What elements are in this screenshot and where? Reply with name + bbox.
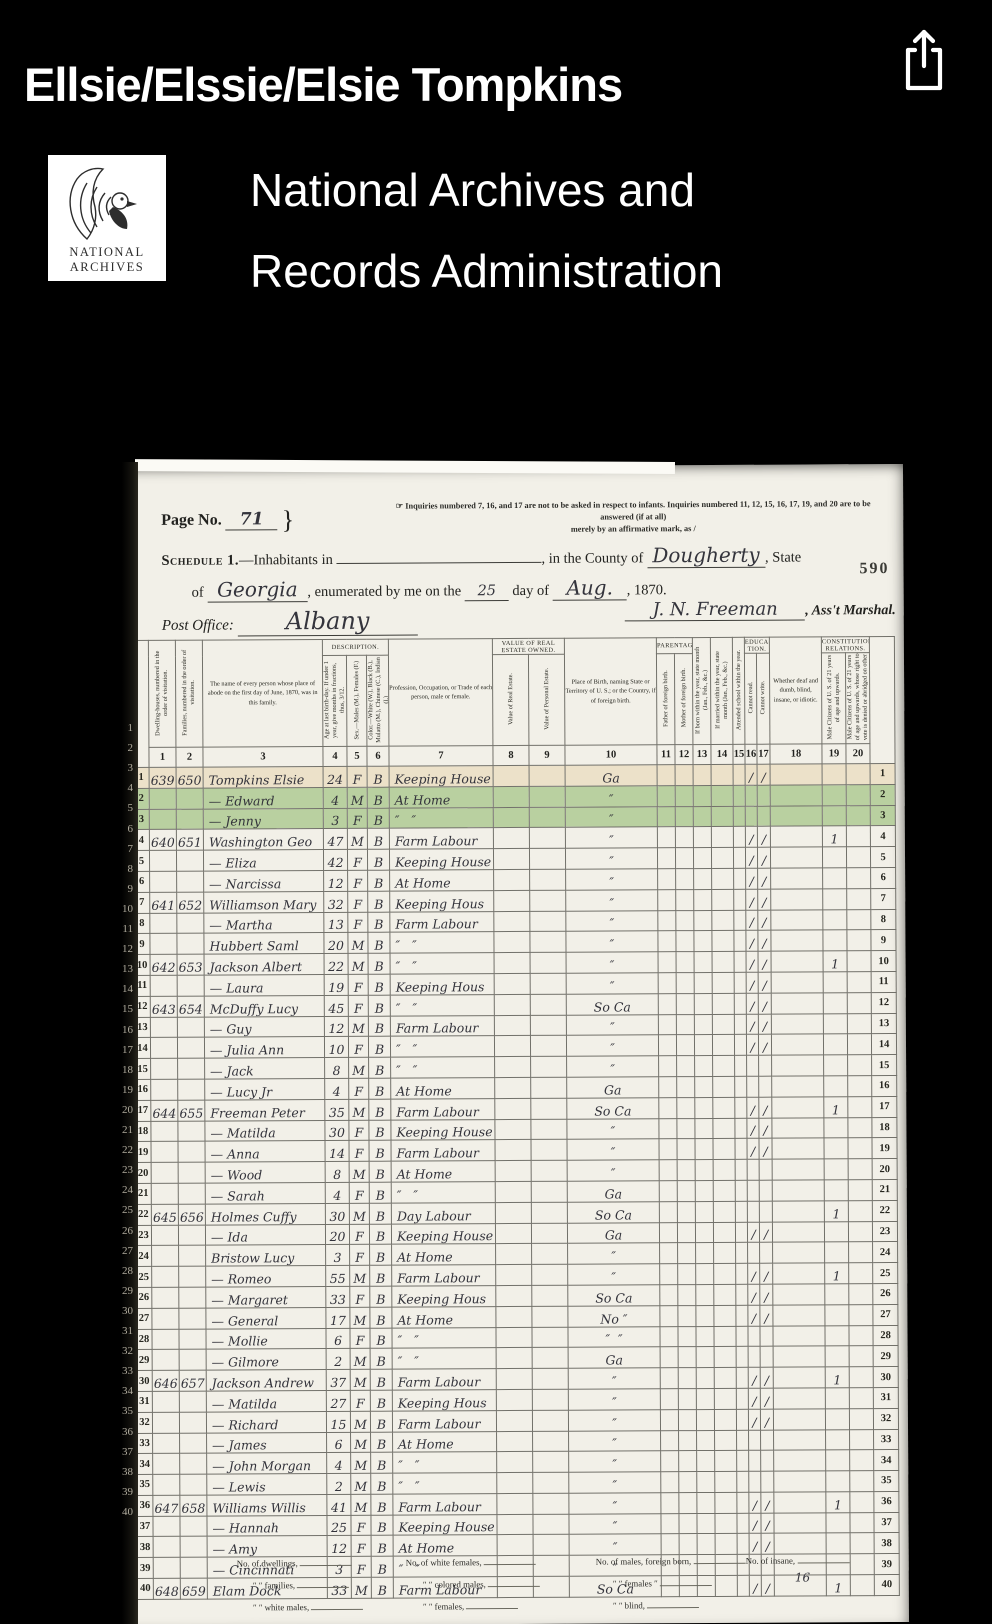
census-cell [696, 1409, 714, 1430]
census-cell: So Ca [568, 1285, 660, 1306]
row-number-right: 37 [874, 1512, 899, 1533]
page-stamp: 590 [859, 560, 889, 578]
census-cell [530, 890, 566, 911]
census-cell: F [348, 891, 368, 912]
census-cell [772, 1055, 824, 1076]
margin-row-number: 33 [122, 1365, 133, 1377]
census-cell: B [370, 1369, 392, 1390]
census-cell: 1 [824, 1097, 848, 1118]
census-cell [825, 1304, 849, 1325]
margin-row-number: 31 [122, 1325, 133, 1337]
census-cell [715, 1451, 737, 1472]
census-cell [152, 1308, 179, 1329]
census-cell: ″ [566, 931, 658, 952]
totals-label: ″ ″ white males, [253, 1601, 363, 1613]
census-cell [497, 1431, 533, 1452]
census-cell: M [350, 1265, 370, 1286]
census-cell [658, 1014, 676, 1035]
census-cell [737, 1534, 749, 1555]
census-cell: B [370, 1286, 392, 1307]
census-cell [659, 1139, 677, 1160]
margin-row-number: 9 [128, 883, 134, 895]
row-number-right: 14 [871, 1034, 896, 1055]
census-cell [712, 993, 734, 1014]
census-cell: Farm Labour [392, 1410, 496, 1431]
census-cell [734, 1035, 746, 1056]
census-cell: Farm Labour [390, 911, 494, 932]
census-cell [714, 1305, 736, 1326]
census-cell [735, 1118, 747, 1139]
census-cell: ″ [569, 1451, 661, 1472]
census-cell [748, 1326, 760, 1347]
census-cell [659, 1118, 677, 1139]
census-cell [774, 1429, 826, 1450]
row-number-right: 30 [873, 1367, 898, 1388]
census-cell: Freeman Peter [205, 1099, 325, 1120]
census-cell: ″ [569, 1493, 661, 1514]
census-cell: 4 [327, 1453, 351, 1474]
census-cell: 6 [326, 1328, 350, 1349]
census-cell [496, 1265, 532, 1286]
census-cell: M [349, 1057, 369, 1078]
state-value: Georgia [217, 577, 298, 601]
census-cell [533, 1472, 569, 1493]
census-cell [497, 1514, 533, 1535]
census-cell [176, 809, 203, 830]
census-cell: So Ca [567, 1201, 659, 1222]
census-cell [773, 1367, 825, 1388]
census-cell: ∕ [748, 1305, 760, 1326]
census-cell [849, 1242, 873, 1263]
census-cell: ″ [568, 1264, 660, 1285]
header-mother-foreign: Mother of foreign birth. [674, 654, 692, 745]
census-cell: M [349, 1203, 369, 1224]
census-cell [826, 1471, 850, 1492]
census-cell [848, 1076, 872, 1097]
census-cell [773, 1346, 825, 1367]
census-cell: 647 [153, 1495, 180, 1516]
census-cell [757, 785, 770, 806]
census-cell: 4 [323, 787, 347, 808]
census-cell [774, 1492, 826, 1513]
census-cell [713, 1139, 735, 1160]
row-number-right: 7 [871, 888, 896, 909]
census-cell [848, 1138, 872, 1159]
census-cell: ″ [569, 1472, 661, 1493]
census-cell [660, 1389, 678, 1410]
census-cell [823, 909, 847, 930]
census-cell [749, 1451, 761, 1472]
column-number: 19 [822, 744, 846, 764]
census-cell [495, 1140, 531, 1161]
census-cell [676, 952, 694, 973]
census-cell [661, 1472, 679, 1493]
census-cell: Keeping Hous [390, 890, 494, 911]
census-cell [675, 765, 693, 786]
census-cell: M [347, 829, 367, 850]
census-cell [848, 1180, 872, 1201]
row-number-right: 8 [871, 909, 896, 930]
census-cell [772, 1180, 824, 1201]
census-cell [761, 1450, 774, 1471]
census-cell [496, 1244, 532, 1265]
census-cell [848, 1055, 872, 1076]
census-cell [748, 1347, 760, 1368]
census-cell: Keeping House [393, 1514, 497, 1535]
census-cell [695, 1180, 713, 1201]
census-cell: B [371, 1432, 393, 1453]
census-cell: B [368, 891, 390, 912]
census-cell: B [370, 1348, 392, 1369]
census-cell [822, 847, 846, 868]
census-cell: F [350, 1328, 370, 1349]
census-cell: F [349, 1224, 369, 1245]
footer-handwritten-mark: 16 [795, 1570, 810, 1584]
census-cell: F [349, 1182, 369, 1203]
census-cell: ∕ [748, 1367, 760, 1388]
census-cell: 3 [326, 1245, 350, 1266]
census-cell: B [371, 1473, 393, 1494]
census-cell [771, 993, 823, 1014]
census-cell: 1 [825, 1263, 849, 1284]
row-number-right: 18 [872, 1117, 897, 1138]
margin-row-number: 1 [128, 722, 134, 734]
census-cell [846, 784, 870, 805]
census-cell [772, 1201, 824, 1222]
census-cell [850, 1492, 874, 1513]
census-cell [179, 1329, 206, 1350]
census-cell [696, 1243, 714, 1264]
census-cell: M [351, 1453, 371, 1474]
census-cell: ″ ″ [393, 1452, 497, 1473]
census-cell [494, 890, 530, 911]
census-cell [735, 1201, 747, 1222]
census-cell [850, 1471, 874, 1492]
census-cell [736, 1263, 748, 1284]
census-cell [714, 1284, 736, 1305]
census-cell: B [369, 1203, 391, 1224]
census-cell: ″ [565, 786, 657, 807]
census-cell [694, 993, 712, 1014]
row-number: 38 [137, 1537, 153, 1558]
census-cell: 8 [325, 1162, 349, 1183]
census-cell [658, 973, 676, 994]
census-cell: 1 [826, 1492, 850, 1513]
census-cell: 14 [325, 1141, 349, 1162]
census-cell: 657 [179, 1370, 206, 1391]
census-cell [531, 1056, 567, 1077]
census-cell [747, 1076, 759, 1097]
census-cell: ∕ [748, 1263, 760, 1284]
census-cell [495, 1119, 531, 1140]
row-number: 39 [137, 1558, 153, 1579]
census-cell: ″ ″ [389, 807, 493, 828]
row-number-right: 38 [874, 1533, 899, 1554]
margin-row-number: 34 [122, 1385, 133, 1397]
census-cell: — Wood [205, 1162, 325, 1183]
census-cell [735, 1055, 747, 1076]
census-cell [494, 869, 530, 890]
census-cell [151, 1225, 178, 1246]
census-cell: So Ca [566, 994, 658, 1015]
census-cell: Ga [567, 1181, 659, 1202]
row-number-right: 39 [874, 1554, 899, 1575]
census-cell: 651 [176, 830, 203, 851]
census-cell [825, 1408, 849, 1429]
column-number: 10 [565, 745, 657, 765]
row-number: 32 [136, 1412, 152, 1433]
census-cell: ∕ [746, 910, 758, 931]
census-cell [151, 1142, 178, 1163]
census-cell [735, 1097, 747, 1118]
census-cell: 41 [327, 1494, 351, 1515]
census-cell: 55 [326, 1266, 350, 1287]
census-cell [659, 1160, 677, 1181]
census-cell [824, 1180, 848, 1201]
census-cell: — Jack [205, 1058, 325, 1079]
census-cell [735, 1159, 747, 1180]
row-number-right: 23 [872, 1221, 897, 1242]
census-cell [823, 868, 847, 889]
share-button[interactable] [896, 28, 952, 94]
census-cell [693, 785, 711, 806]
census-cell [532, 1348, 568, 1369]
census-cell: ∕ [746, 931, 758, 952]
census-cell [697, 1430, 715, 1451]
census-cell [847, 972, 871, 993]
group-education: EDUCA-TION. [744, 637, 769, 653]
census-cell [760, 1326, 773, 1347]
census-cell: — Sarah [205, 1182, 325, 1203]
column-number: 5 [347, 746, 367, 766]
margin-row-number: 10 [122, 903, 133, 915]
census-cell [661, 1493, 679, 1514]
census-cell: — Romeo [206, 1266, 326, 1287]
census-cell [733, 785, 745, 806]
census-cell [825, 1388, 849, 1409]
census-cell [151, 1058, 178, 1079]
census-cell: ″ ″ [390, 1036, 494, 1057]
census-cell [748, 1243, 760, 1264]
census-cell [733, 764, 745, 785]
census-cell [693, 764, 711, 785]
census-cell [530, 932, 566, 953]
census-cell [660, 1347, 678, 1368]
census-cell: ∕ [758, 972, 771, 993]
census-cell [772, 1159, 824, 1180]
census-cell [714, 1388, 736, 1409]
census-cell [496, 1285, 532, 1306]
census-cell [712, 868, 734, 889]
margin-row-number: 24 [122, 1184, 133, 1196]
census-cell [824, 1221, 848, 1242]
census-cell [151, 1162, 178, 1183]
census-cell [180, 1433, 207, 1454]
census-cell [177, 975, 204, 996]
census-cell: F [348, 1037, 368, 1058]
census-cell: Ga [567, 1222, 659, 1243]
census-cell: 12 [324, 1016, 348, 1037]
census-cell [660, 1243, 678, 1264]
census-cell [493, 765, 529, 786]
census-cell [149, 788, 176, 809]
row-number-right: 9 [871, 930, 896, 951]
census-cell: 1 [822, 826, 846, 847]
header-married-month: If married within the year, state month … [710, 637, 733, 744]
census-cell [149, 850, 176, 871]
census-cell [713, 1180, 735, 1201]
census-cell: — Martha [204, 912, 324, 933]
census-cell [495, 1202, 531, 1223]
row-number: 36 [137, 1495, 153, 1516]
census-cell: Keeping House [391, 1223, 495, 1244]
census-cell [773, 1242, 825, 1263]
header-occupation: Profession, Occupation, or Trade of each… [388, 639, 493, 747]
census-cell [849, 1346, 873, 1367]
census-cell: B [368, 933, 390, 954]
census-cell [660, 1264, 678, 1285]
census-cell [678, 1409, 696, 1430]
census-cell [694, 931, 712, 952]
row-number-right: 3 [870, 805, 895, 826]
census-cell: ∕ [761, 1575, 774, 1596]
census-cell [737, 1513, 749, 1534]
census-cell: F [347, 849, 367, 870]
row-number-right: 6 [871, 867, 896, 888]
census-cell: B [370, 1411, 392, 1432]
census-cell [677, 1139, 695, 1160]
census-cell: B [369, 1099, 391, 1120]
census-cell: ″ [568, 1243, 660, 1264]
row-number-right: 35 [874, 1471, 899, 1492]
census-cell: ∕ [748, 1409, 760, 1430]
census-cell: 640 [149, 830, 176, 851]
census-cell: ″ ″ [568, 1326, 660, 1347]
census-cell [531, 1098, 567, 1119]
row-number: 37 [137, 1516, 153, 1537]
census-cell [774, 1471, 826, 1492]
census-cell [850, 1575, 874, 1596]
census-cell: Williams Willis [207, 1494, 327, 1515]
census-cell: ″ [565, 827, 657, 848]
header-cannot-read: Cannot read. [744, 653, 756, 744]
census-cell [847, 930, 871, 951]
margin-row-number: 23 [122, 1164, 133, 1176]
census-cell: 655 [178, 1100, 205, 1121]
census-cell: ∕ [760, 1409, 773, 1430]
census-cell [677, 1056, 695, 1077]
census-cell [713, 1118, 735, 1139]
census-cell: 30 [325, 1203, 349, 1224]
census-cell [532, 1389, 568, 1410]
census-cell: At Home [390, 870, 494, 891]
census-document[interactable]: Page No. 71 } ☞ Inquiries numbered 7, 16… [125, 464, 909, 1624]
census-cell: At Home [392, 1244, 496, 1265]
census-cell: — Mollie [206, 1328, 326, 1349]
row-number-right: 40 [874, 1575, 899, 1596]
share-icon [896, 28, 952, 94]
nara-eagle-icon [57, 163, 157, 243]
census-cell [677, 1201, 695, 1222]
column-number: 9 [529, 745, 565, 765]
page-title: Ellsie/Elssie/Elsie Tompkins [24, 57, 864, 112]
census-cell [849, 1388, 873, 1409]
census-cell [179, 1391, 206, 1412]
census-cell: ″ [566, 910, 658, 931]
census-cell [179, 1245, 206, 1266]
source-name-line2: Records Administration [250, 231, 950, 312]
census-cell: ″ [567, 1139, 659, 1160]
census-cell [734, 868, 746, 889]
census-cell [694, 848, 712, 869]
census-cell: ″ ″ [393, 1473, 497, 1494]
census-cell [530, 1015, 566, 1036]
census-cell [495, 1098, 531, 1119]
margin-row-number: 28 [122, 1265, 133, 1277]
census-cell: Holmes Cuffy [205, 1203, 325, 1224]
census-cell [153, 1454, 180, 1475]
census-cell [529, 765, 565, 786]
census-cell: ∕ [748, 1284, 760, 1305]
census-cell: Keeping House [390, 849, 494, 870]
census-cell [495, 1077, 531, 1098]
census-cell: At Home [393, 1431, 497, 1452]
census-cell: 645 [151, 1204, 178, 1225]
census-cell [824, 1117, 848, 1138]
census-cell [737, 1492, 749, 1513]
census-cell: B [369, 1141, 391, 1162]
census-cell [531, 1181, 567, 1202]
census-cell [736, 1367, 748, 1388]
census-cell: No ″ [568, 1305, 660, 1326]
column-number: 8 [493, 745, 529, 765]
census-cell: ∕ [749, 1534, 761, 1555]
census-cell [176, 850, 203, 871]
census-cell [661, 1513, 679, 1534]
column-number: 12 [675, 745, 693, 765]
totals-label: ″ ″ families, [253, 1579, 350, 1591]
row-number-right: 34 [874, 1450, 899, 1471]
census-cell: Farm Labour [391, 1098, 495, 1119]
census-cell [180, 1516, 207, 1537]
census-cell [151, 1121, 178, 1142]
census-cell: ″ [566, 952, 658, 973]
margin-row-number: 5 [128, 802, 134, 814]
census-cell [825, 1325, 849, 1346]
margin-row-number: 40 [122, 1506, 133, 1518]
census-cell [660, 1368, 678, 1389]
census-cell [712, 848, 734, 869]
census-cell [532, 1264, 568, 1285]
census-cell: M [349, 1099, 369, 1120]
census-cell [658, 910, 676, 931]
census-cell: B [367, 766, 389, 787]
census-cell: Keeping House [389, 766, 493, 787]
census-cell [529, 807, 565, 828]
census-cell [676, 993, 694, 1014]
census-cell: M [350, 1307, 370, 1328]
census-cell [736, 1409, 748, 1430]
census-cell [531, 1160, 567, 1181]
census-cell [714, 1367, 736, 1388]
census-cell [714, 1263, 736, 1284]
margin-row-number: 14 [122, 983, 133, 995]
census-cell: 1 [824, 1201, 848, 1222]
census-cell [151, 1183, 178, 1204]
row-number-right: 31 [873, 1387, 898, 1408]
census-cell [679, 1451, 697, 1472]
census-cell [493, 786, 529, 807]
